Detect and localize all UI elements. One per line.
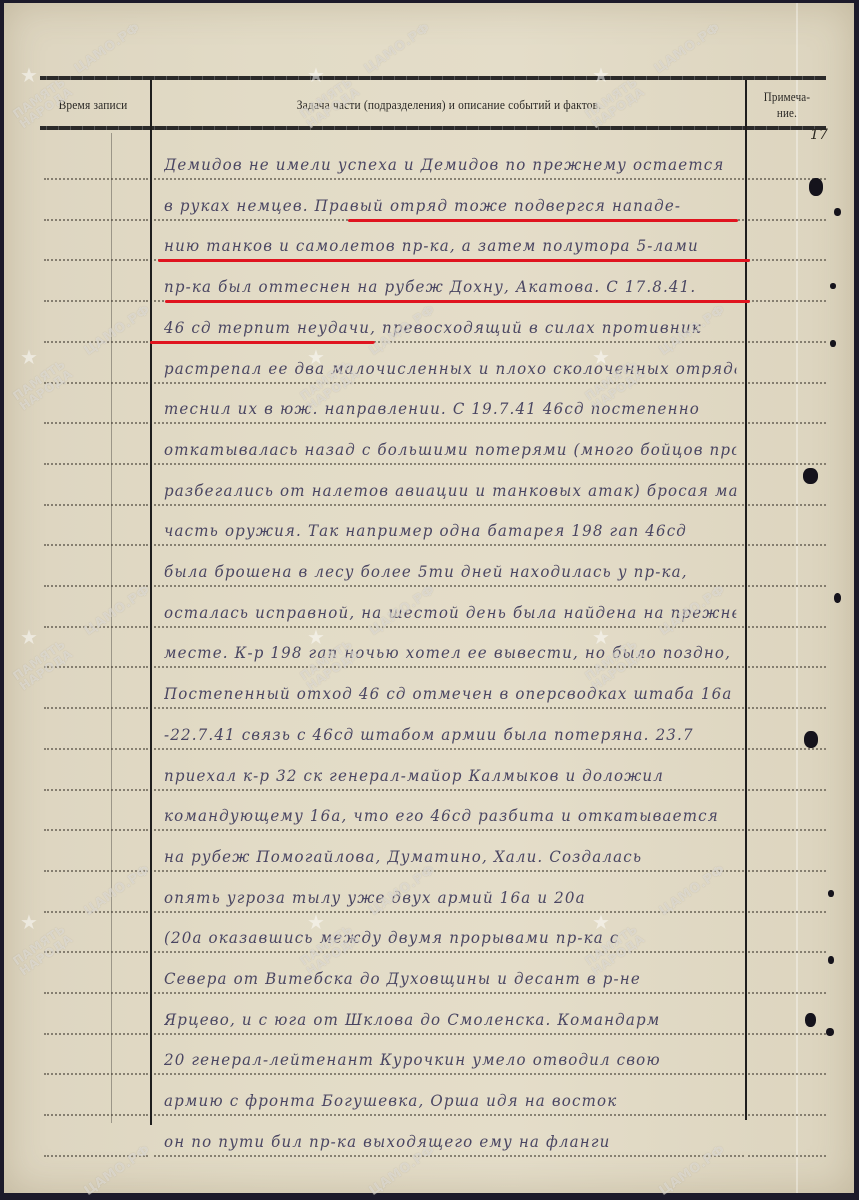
handwritten-line: (20а оказавшись между двумя прорывами пр… xyxy=(164,929,736,947)
ruled-line xyxy=(44,219,148,221)
red-underline xyxy=(158,259,750,262)
star-icon: ★ xyxy=(307,910,325,934)
handwritten-line: Ярцево, и с юга от Шклова до Смоленска. … xyxy=(164,1011,736,1029)
punch-hole xyxy=(804,731,818,748)
ruled-line xyxy=(154,748,744,750)
red-underline xyxy=(150,341,375,344)
ruled-line xyxy=(748,1033,826,1035)
header-bottom-rule xyxy=(40,126,826,130)
ruled-line xyxy=(748,748,826,750)
ruled-line xyxy=(748,259,826,261)
faint-margin-line xyxy=(111,133,112,1123)
ruled-line xyxy=(748,585,826,587)
ruled-line xyxy=(154,992,744,994)
ruled-line xyxy=(154,382,744,384)
star-icon: ★ xyxy=(307,625,325,649)
header-notes-label: Примеча- ние. xyxy=(764,89,810,121)
red-underline xyxy=(348,219,738,222)
punch-hole xyxy=(826,1028,834,1036)
star-icon: ★ xyxy=(592,345,610,369)
ruled-line xyxy=(44,259,148,261)
punch-hole xyxy=(830,283,836,289)
ruled-line xyxy=(748,992,826,994)
ruled-line xyxy=(44,1114,148,1116)
column-divider-left xyxy=(150,80,152,1125)
ruled-line xyxy=(44,992,148,994)
handwritten-line: 46 сд терпит неудачи, превосходящий в си… xyxy=(164,319,736,337)
document-sheet: Время записи Задача части (подразделения… xyxy=(4,3,854,1193)
star-icon: ★ xyxy=(307,63,325,87)
ruled-line xyxy=(44,463,148,465)
ruled-line xyxy=(748,707,826,709)
ruled-line xyxy=(154,463,744,465)
star-icon: ★ xyxy=(592,625,610,649)
page-number: 17 xyxy=(810,127,828,143)
ruled-line xyxy=(44,178,148,180)
punch-hole xyxy=(834,208,841,216)
ruled-line xyxy=(154,1114,744,1116)
handwritten-line: Севера от Витебска до Духовщины и десант… xyxy=(164,970,736,988)
ruled-line xyxy=(44,544,148,546)
punch-hole xyxy=(805,1013,816,1027)
star-icon: ★ xyxy=(20,63,38,87)
ruled-line xyxy=(44,1033,148,1035)
punch-hole xyxy=(828,956,834,964)
star-icon: ★ xyxy=(20,625,38,649)
archive-watermark: ЦАМО.РФ xyxy=(362,20,434,76)
ruled-line xyxy=(748,219,826,221)
column-divider-right xyxy=(745,80,747,1120)
ruled-line xyxy=(748,1114,826,1116)
handwritten-line: в руках немцев. Правый отряд тоже подвер… xyxy=(164,197,736,215)
ruled-line xyxy=(748,1155,826,1157)
ruled-line xyxy=(748,626,826,628)
star-icon: ★ xyxy=(307,345,325,369)
handwritten-line: часть оружия. Так например одна батарея … xyxy=(164,522,736,540)
handwritten-line: пр-ка был оттеснен на рубеж Дохну, Акато… xyxy=(164,278,736,296)
archive-watermark: ЦАМО.РФ xyxy=(652,20,724,76)
ruled-line xyxy=(154,1155,744,1157)
star-icon: ★ xyxy=(592,63,610,87)
handwritten-line: разбегались от налетов авиации и танковы… xyxy=(164,482,736,500)
ruled-line xyxy=(154,829,744,831)
handwritten-line: теснил их в юж. направлении. С 19.7.41 4… xyxy=(164,400,736,418)
handwritten-line: на рубеж Помогайлова, Думатино, Хали. Со… xyxy=(164,848,736,866)
ruled-line xyxy=(154,666,744,668)
ruled-line xyxy=(748,789,826,791)
ruled-line xyxy=(748,1073,826,1075)
punch-hole xyxy=(803,468,818,484)
star-icon: ★ xyxy=(20,910,38,934)
handwritten-line: он по пути бил пр-ка выходящего ему на ф… xyxy=(164,1133,736,1151)
handwritten-line: приехал к-р 32 ск генерал-майор Калмыков… xyxy=(164,767,736,785)
ruled-line xyxy=(748,341,826,343)
ruled-line xyxy=(748,300,826,302)
ruled-line xyxy=(154,504,744,506)
ruled-line xyxy=(154,544,744,546)
ruled-line xyxy=(44,1073,148,1075)
handwritten-line: армию с фронта Богушевка, Орша идя на во… xyxy=(164,1092,736,1110)
ruled-line xyxy=(154,1033,744,1035)
handwritten-line: месте. К-р 198 гап ночью хотел ее вывест… xyxy=(164,644,736,662)
ruled-line xyxy=(154,789,744,791)
handwritten-line: нию танков и самолетов пр-ка, а затем по… xyxy=(164,237,736,255)
ruled-line xyxy=(44,789,148,791)
handwritten-line: 20 генерал-лейтенант Курочкин умело отво… xyxy=(164,1051,736,1069)
ruled-line xyxy=(748,911,826,913)
ruled-line xyxy=(748,829,826,831)
star-icon: ★ xyxy=(20,345,38,369)
punch-hole xyxy=(809,178,823,196)
star-icon: ★ xyxy=(592,910,610,934)
handwritten-line: опять угроза тылу уже двух армий 16а и 2… xyxy=(164,889,736,907)
ruled-line xyxy=(44,300,148,302)
ruled-line xyxy=(44,707,148,709)
header-top-rule xyxy=(40,76,826,80)
handwritten-line: командующему 16а, что его 46сд разбита и… xyxy=(164,807,736,825)
handwritten-line: Постепенный отход 46 сд отмечен в оперсв… xyxy=(164,685,736,703)
archive-watermark: ЦАМО.РФ xyxy=(82,582,154,638)
ruled-line xyxy=(44,829,148,831)
ruled-line xyxy=(154,178,744,180)
paper-fold xyxy=(796,3,798,1193)
ruled-line xyxy=(44,585,148,587)
ruled-line xyxy=(748,666,826,668)
punch-hole xyxy=(828,890,834,897)
punch-hole xyxy=(834,593,841,603)
punch-hole xyxy=(830,340,836,347)
handwritten-line: Демидов не имели успеха и Демидов по пре… xyxy=(164,156,736,174)
handwritten-line: осталась исправной, на шестой день была … xyxy=(164,604,736,622)
ruled-line xyxy=(154,911,744,913)
handwritten-line: -22.7.41 связь с 46сд штабом армии была … xyxy=(164,726,736,744)
handwritten-line: была брошена в лесу более 5ти дней наход… xyxy=(164,563,736,581)
ruled-line xyxy=(748,544,826,546)
ruled-line xyxy=(748,463,826,465)
ruled-line xyxy=(44,748,148,750)
ruled-line xyxy=(154,707,744,709)
ruled-line xyxy=(748,951,826,953)
archive-watermark: ЦАМО.РФ xyxy=(72,20,144,76)
archive-watermark: ЦАМО.РФ xyxy=(82,1142,154,1198)
ruled-line xyxy=(748,504,826,506)
archive-watermark: ЦАМО.РФ xyxy=(82,302,154,358)
ruled-line xyxy=(748,870,826,872)
handwritten-line: растрепал ее два малочисленных и плохо с… xyxy=(164,360,736,378)
ruled-line xyxy=(748,422,826,424)
ruled-line xyxy=(44,422,148,424)
ruled-line xyxy=(154,951,744,953)
ruled-line xyxy=(44,504,148,506)
ruled-line xyxy=(748,382,826,384)
ruled-line xyxy=(154,585,744,587)
header-notes-column: Примеча- ние. xyxy=(753,85,822,125)
red-underline xyxy=(165,300,750,303)
ruled-line xyxy=(154,422,744,424)
handwritten-line: откатывалась назад с большими потерями (… xyxy=(164,441,736,459)
ruled-line xyxy=(154,870,744,872)
ruled-line xyxy=(154,1073,744,1075)
